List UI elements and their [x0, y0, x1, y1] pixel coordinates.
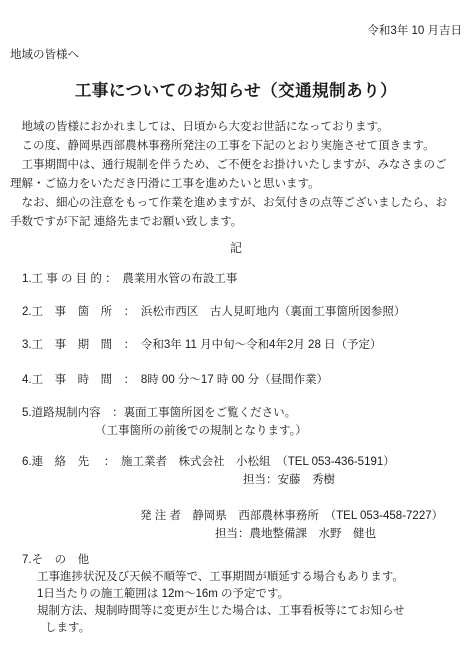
item-other-note: 規制方法、規制時間等に変更が生じた場合は、工事看板等にてお知らせ	[37, 603, 462, 620]
orderer-block: 発 注 者 静岡県 西部農林事務所 （TEL 053-458-7227） 担当：…	[22, 507, 462, 543]
item-hours-line: 4.工 事 時 間 ： 8時 00 分～17 時 00 分（昼間作業）	[22, 371, 462, 389]
contractor-person: 担当：安藤 秀樹	[243, 471, 462, 489]
item-period-line: 3.工 事 期 間 ： 令和3年 11 月中旬～令和4年2月 28 日（予定）	[22, 336, 462, 354]
document-date: 令和3年 10 月吉日	[10, 22, 462, 41]
item-other-note: します。	[45, 620, 462, 637]
item-location-line: 2.工 事 箇 所 ： 浜松市西区 古人見町地内（裏面工事箇所図参照）	[22, 303, 462, 321]
item-period: 3.工 事 期 間 ： 令和3年 11 月中旬～令和4年2月 28 日（予定）	[22, 336, 462, 354]
intro-paragraphs: 地域の皆様におかれましては、日頃から大変お世話になっております。 この度、静岡県…	[10, 118, 462, 232]
contractor-line: 6.連 絡 先 ： 施工業者 株式会社 小松組 （TEL 053-436-519…	[22, 453, 462, 471]
page-title: 工事についてのお知らせ（交通規制あり）	[10, 80, 462, 102]
record-marker: 記	[10, 239, 462, 258]
intro-line: 工事期間中は、通行規制を伴うため、ご不便をお掛けいたしますが、みなさまのご	[10, 156, 462, 175]
orderer-line: 発 注 者 静岡県 西部農林事務所 （TEL 053-458-7227）	[140, 507, 462, 525]
item-road-regulation-note: （工事箇所の前後での規制となります。）	[95, 422, 462, 440]
intro-line: なお、細心の注意をもって作業を進めますが、お気付きの点等ございましたら、お	[10, 194, 462, 213]
intro-line: この度、静岡県西部農林事務所発注の工事を下記のとおり実施させて頂きます。	[10, 137, 462, 156]
intro-line: 地域の皆様におかれましては、日頃から大変お世話になっております。	[10, 118, 462, 137]
notice-items: 1.工 事 の 目 的 ： 農業用水管の布設工事 2.工 事 箇 所 ： 浜松市…	[10, 270, 462, 637]
item-contact: 6.連 絡 先 ： 施工業者 株式会社 小松組 （TEL 053-436-519…	[22, 453, 462, 489]
item-other-note: 工事進捗状況及び天候不順等で、工事期間が順延する場合もあります。	[37, 569, 462, 586]
item-hours: 4.工 事 時 間 ： 8時 00 分～17 時 00 分（昼間作業）	[22, 371, 462, 389]
item-location: 2.工 事 箇 所 ： 浜松市西区 古人見町地内（裏面工事箇所図参照）	[22, 303, 462, 321]
item-other-heading: 7.そ の 他	[22, 551, 462, 569]
item-road-regulation-line: 5.道路規制内容 ：裏面工事箇所図をご覧ください。	[22, 404, 462, 422]
notice-document: 令和3年 10 月吉日 地域の皆様へ 工事についてのお知らせ（交通規制あり） 地…	[0, 0, 470, 664]
item-purpose-line: 1.工 事 の 目 的 ： 農業用水管の布設工事	[22, 270, 462, 288]
intro-line: 手数ですが下記 連絡先までお願い致します。	[10, 213, 462, 232]
intro-line: 理解・ご協力をいただき円滑に工事を進めたいと思います。	[10, 175, 462, 194]
item-purpose: 1.工 事 の 目 的 ： 農業用水管の布設工事	[22, 270, 462, 288]
item-other-note: 1日当たりの施工範囲は 12m～16m の予定です。	[37, 586, 462, 603]
item-road-regulation: 5.道路規制内容 ：裏面工事箇所図をご覧ください。 （工事箇所の前後での規制とな…	[22, 404, 462, 440]
item-other: 7.そ の 他 工事進捗状況及び天候不順等で、工事期間が順延する場合もあります。…	[22, 551, 462, 637]
orderer-person: 担当：農地整備課 水野 健也	[215, 525, 462, 543]
salutation: 地域の皆様へ	[10, 46, 462, 65]
